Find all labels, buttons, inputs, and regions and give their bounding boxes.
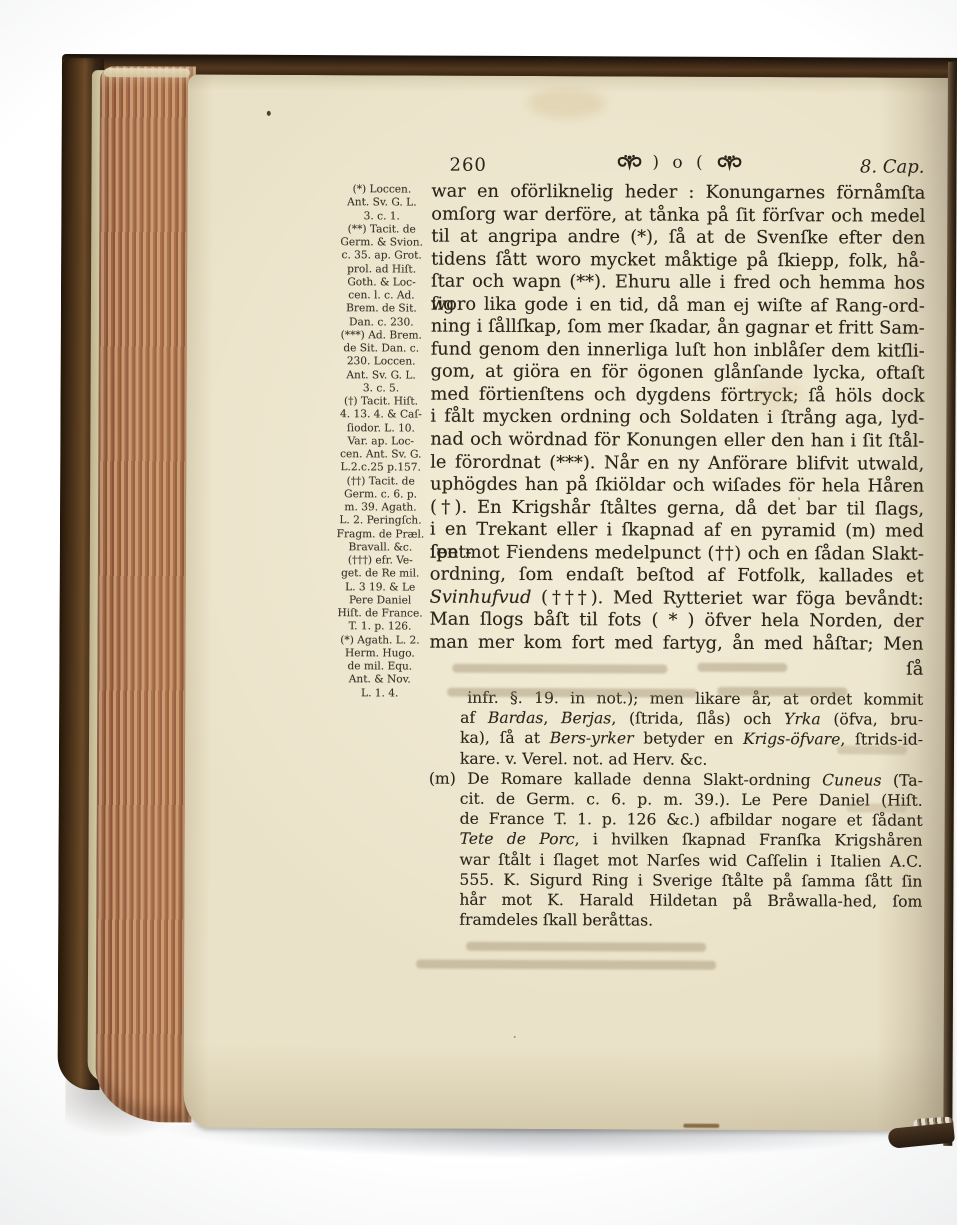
margin-note-line: Dan. c. 230. bbox=[332, 316, 431, 330]
margin-note-line: (**) Tacit. de bbox=[332, 223, 431, 237]
footnote-line: (m) De Romare kallade denna Slakt-ordnin… bbox=[429, 768, 923, 790]
fleuron-ornament-icon bbox=[615, 153, 643, 172]
margin-note-line: Goth. & Loc- bbox=[332, 276, 431, 290]
body-text-line: le förordnat (***). Når en ny Anförare b… bbox=[430, 451, 924, 476]
paper-speck bbox=[267, 111, 271, 116]
chapter-label: 8. Cap. bbox=[822, 155, 924, 179]
margin-note-line: Germ. & Svion. bbox=[332, 236, 431, 250]
body-text-line: uphögdes han på ſkiöldar och wiſades för… bbox=[430, 474, 924, 499]
margin-note-line: prol. ad Hiſt. bbox=[332, 263, 431, 277]
page-number: 260 bbox=[449, 154, 486, 178]
margin-note-line: Ant. Sv. G. L. bbox=[332, 369, 431, 383]
bleed-through-mark bbox=[452, 664, 667, 674]
margin-note-line: (†) Tacit. Hiſt. bbox=[331, 395, 430, 409]
page-block-fore-edge bbox=[95, 66, 196, 1122]
margin-note-line: Germ. c. 6. p. bbox=[331, 488, 430, 502]
body-text-line: (†). En Krigshår ſtåltes gerna, då det b… bbox=[430, 496, 924, 521]
body-text-line: man mer kom fort med fartyg, ån med håſt… bbox=[429, 632, 923, 657]
margin-note-line: L. 1. 4. bbox=[330, 687, 429, 701]
bleed-through-mark bbox=[697, 663, 787, 672]
body-text-line: i en Trekant eller i ſkapnad af en pyram… bbox=[430, 519, 924, 544]
header-ornament: ) o ( bbox=[568, 150, 792, 175]
page-edge-nick bbox=[683, 1124, 719, 1128]
body-text-line: ordning, ſom endaſt beſtod af Fotfolk, k… bbox=[430, 564, 924, 589]
fleuron-ornament-icon bbox=[716, 153, 744, 172]
body-text-line: ſtar och wapn (**). Ehuru alle i fred oc… bbox=[431, 271, 925, 296]
bleed-through-mark bbox=[717, 687, 847, 697]
margin-note-line: Herm. Hugo. bbox=[330, 647, 429, 661]
margin-note-line: (††) Tacit. de bbox=[331, 475, 430, 489]
body-text-line: i fålt mycken ordning och Soldaten i ſtr… bbox=[430, 406, 924, 431]
book: 260 ) o ( bbox=[0, 0, 957, 1225]
footnote-line: 555. K. Sigurd Ring i Sverige ſtålte på … bbox=[459, 869, 922, 891]
bleed-through-mark bbox=[447, 688, 697, 698]
book-page: 260 ) o ( bbox=[183, 75, 957, 1131]
body-text-line: med förtienſtens och dygdens förtryck; ſ… bbox=[430, 383, 924, 408]
margin-note-line: cen. l. c. Ad. bbox=[332, 289, 431, 303]
margin-note-line: Ant. & Nov. bbox=[330, 673, 429, 687]
body-text-line: fund genom den innerliga luſt hon inblåſ… bbox=[431, 338, 925, 363]
margin-note-line: (*) Agath. L. 2. bbox=[330, 634, 429, 648]
paper-speck bbox=[798, 497, 800, 500]
bleed-through-mark bbox=[416, 960, 716, 970]
margin-note-line: Ant. Sv. G. L. bbox=[332, 196, 431, 210]
body-text-line: gom, at giöra en för ögonen glånſande ly… bbox=[431, 361, 925, 386]
footnote-line: af Bardas, Berjas, (ſtrida, ſlås) och Yr… bbox=[460, 708, 923, 730]
footnote-line: hår mot K. Harald Hildetan på Bråwalla-h… bbox=[459, 890, 922, 912]
body-text-line: til at angripa andre (*), ſå at de Svenſ… bbox=[431, 226, 925, 251]
margin-note-line: T. 1. p. 126. bbox=[330, 620, 429, 634]
body-text-line: ning i ſållſkap, ſom mer ſkadar, ån gagn… bbox=[431, 316, 925, 341]
margin-note-line: cen. Ant. Sv. G. bbox=[331, 448, 430, 462]
margin-note-line: 4. 13. 4. & Caſ- bbox=[331, 408, 430, 422]
body-text-block: war en oförliknelig heder : Konungarnes … bbox=[429, 181, 925, 657]
margin-notes-column: (*) Loccen.Ant. Sv. G. L.3. c. 1.(**) Ta… bbox=[330, 183, 431, 700]
margin-note-line: ſiodor. L. 10. bbox=[331, 422, 430, 436]
body-text-line: woro lika gode i en tid, då man ej wiſte… bbox=[431, 293, 925, 318]
photo-background: 260 ) o ( bbox=[0, 0, 957, 1225]
header-ornament-text: ) o ( bbox=[652, 151, 706, 175]
margin-note-line: (*) Loccen. bbox=[332, 183, 431, 197]
margin-note-line: m. 39. Agath. bbox=[331, 501, 430, 515]
body-text-line: tidens ſått woro mycket måktige på ſkiep… bbox=[431, 248, 925, 273]
margin-note-line: Hiſt. de France. bbox=[331, 607, 430, 621]
paper-stain bbox=[528, 88, 606, 118]
paper-speck bbox=[617, 324, 619, 326]
margin-note-line: 3. c. 5. bbox=[332, 382, 431, 396]
margin-note-line: Pere Daniel bbox=[331, 594, 430, 608]
margin-note-line: L. 2. Peringſch. bbox=[331, 514, 430, 528]
margin-note-line: get. de Re mil. bbox=[331, 567, 430, 581]
margin-note-line: de Sit. Dan. c. bbox=[332, 342, 431, 356]
footnote-line: framdeles ſkall beråttas. bbox=[459, 910, 922, 932]
margin-note-line: Fragm. de Præl. bbox=[331, 528, 430, 542]
margin-note-line: L.2.c.25 p.157. bbox=[331, 461, 430, 475]
margin-note-line: (†††) efr. Ve- bbox=[331, 554, 430, 568]
body-text-line: omſorg war derföre, at tånka på ſit förſ… bbox=[431, 203, 925, 228]
margin-note-line: Bravall. &c. bbox=[331, 541, 430, 555]
body-text-line: Man ſlogs båſt til fots ( * ) öfver hela… bbox=[430, 609, 924, 634]
margin-note-line: Brem. de Sit. bbox=[332, 302, 431, 316]
body-text-line: nad och wördnad för Konungen eller den h… bbox=[430, 429, 924, 454]
bleed-through-mark bbox=[466, 942, 706, 952]
body-text-line: Svinhufvud (†††). Med Rytteriet war föga… bbox=[430, 586, 924, 611]
bleed-through-mark bbox=[837, 745, 907, 754]
margin-note-line: (***) Ad. Brem. bbox=[332, 329, 431, 343]
footnote-line: Tete de Porc, i hvilken ſkapnad Franſka … bbox=[460, 829, 923, 851]
margin-note-line: Var. ap. Loc- bbox=[331, 435, 430, 449]
margin-note-line: 230. Loccen. bbox=[332, 355, 431, 369]
paper-speck bbox=[514, 1036, 516, 1038]
footnote-line: war ſtålt i ſlaget mot Narſes wid Caſſel… bbox=[459, 849, 922, 871]
bleed-through-mark bbox=[847, 803, 907, 812]
margin-note-line: de mil. Equ. bbox=[330, 660, 429, 674]
body-text-line: war en oförliknelig heder : Konungarnes … bbox=[431, 181, 925, 206]
margin-note-line: 3. c. 1. bbox=[332, 210, 431, 224]
body-text-line: ſen mot Fiendens medelpunct (††) och en … bbox=[430, 541, 924, 566]
margin-note-line: L. 3 19. & Le bbox=[331, 581, 430, 595]
margin-note-line: c. 35. ap. Grot. bbox=[332, 249, 431, 263]
